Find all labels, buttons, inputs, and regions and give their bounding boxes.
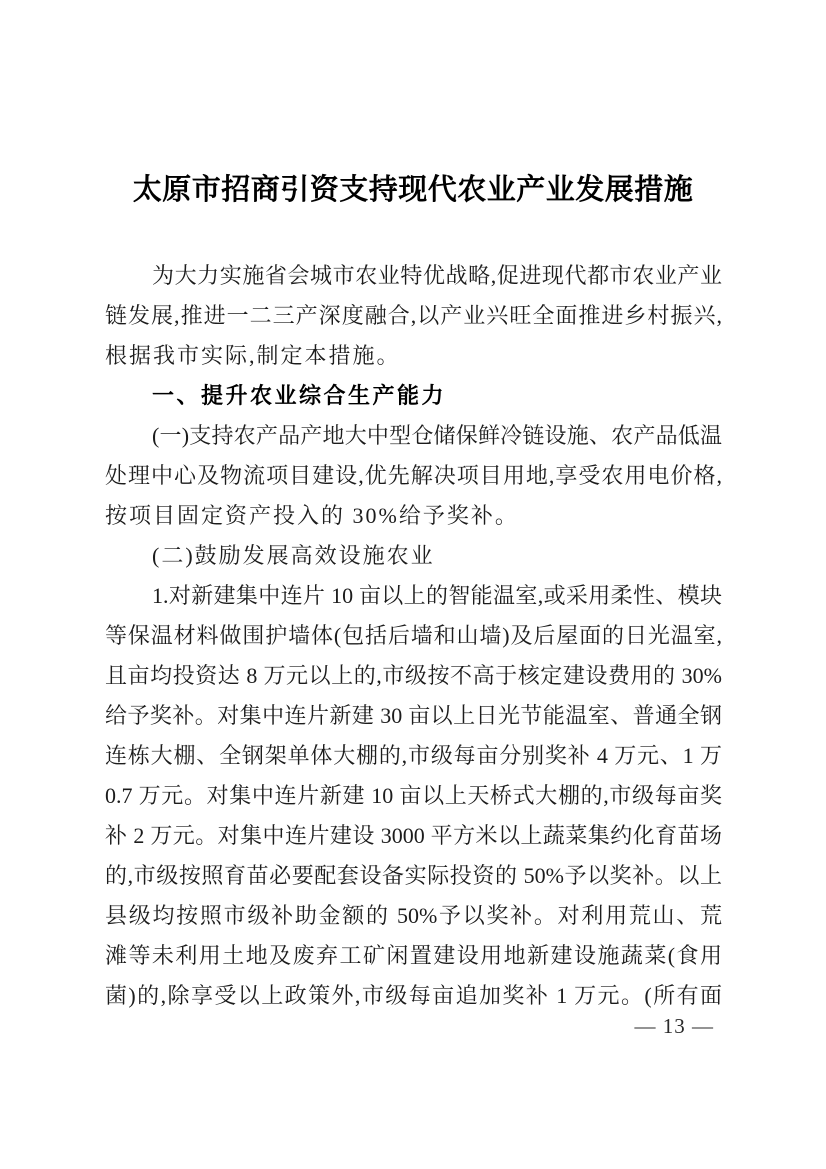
text-line: 为大力实施省会城市农业特优战略,促进现代都市农业产业 [105,256,722,296]
text-line: 等保温材料做围护墙体(包括后墙和山墙)及后屋面的日光温室, [105,616,722,656]
text-line: 1.对新建集中连片 10 亩以上的智能温室,或采用柔性、模块 [105,576,722,616]
section-heading: 一、提升农业综合生产能力 [105,376,722,416]
text-line: 的,市级按照育苗必要配套设备实际投资的 50%予以奖补。以上 [105,856,722,896]
document-page: 太原市招商引资支持现代农业产业发展措施 为大力实施省会城市农业特优战略,促进现代… [0,0,826,1169]
text-line: (二)鼓励发展高效设施农业 [105,536,722,576]
text-line: 给予奖补。对集中连片新建 30 亩以上日光节能温室、普通全钢架 [105,696,722,736]
text-line: 0.7 万元。对集中连片新建 10 亩以上天桥式大棚的,市级每亩奖 [105,776,722,816]
text-line: 连栋大棚、全钢架单体大棚的,市级每亩分别奖补 4 万元、1 万元、 [105,736,722,776]
document-title: 太原市招商引资支持现代农业产业发展措施 [0,168,826,212]
text-line: 县级均按照市级补助金额的 50%予以奖补。对利用荒山、荒坡、荒 [105,896,722,936]
page-number: — 13 — [635,1012,715,1040]
document-body: 为大力实施省会城市农业特优战略,促进现代都市农业产业链发展,推进一二三产深度融合… [105,256,722,1016]
text-line: 按项目固定资产投入的 30%给予奖补。 [105,496,722,536]
text-line: 且亩均投资达 8 万元以上的,市级按不高于核定建设费用的 30% [105,656,722,696]
text-line: 处理中心及物流项目建设,优先解决项目用地,享受农用电价格, [105,456,722,496]
text-line: 菌)的,除享受以上政策外,市级每亩追加奖补 1 万元。(所有面 [105,976,722,1016]
text-line: 链发展,推进一二三产深度融合,以产业兴旺全面推进乡村振兴, [105,296,722,336]
text-line: 滩等未利用土地及废弃工矿闲置建设用地新建设施蔬菜(食用 [105,936,722,976]
text-line: 根据我市实际,制定本措施。 [105,336,722,376]
text-line: 补 2 万元。对集中连片建设 3000 平方米以上蔬菜集约化育苗场 [105,816,722,856]
text-line: (一)支持农产品产地大中型仓储保鲜冷链设施、农产品低温 [105,416,722,456]
